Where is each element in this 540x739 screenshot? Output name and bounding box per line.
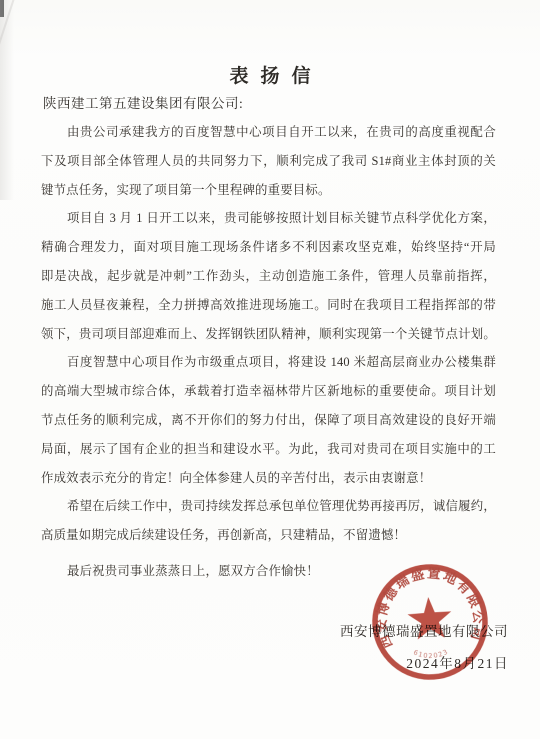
- seal-star: [406, 596, 453, 641]
- letter-body: 由贵公司承建我方的百度智慧中心项目自开工以来，在贵司的高度重视配合下及项目部全体…: [41, 118, 496, 586]
- body-paragraph: 百度智慧中心项目作为市级重点项目，将建设 140 米超高层商业办公楼集群的高端大…: [41, 348, 496, 492]
- body-line: 的高端大型城市综合体，承载着打造幸福林带片区新地标的重要使命。项目计划: [41, 377, 496, 406]
- body-paragraph: 由贵公司承建我方的百度智慧中心项目自开工以来，在贵司的高度重视配合下及项目部全体…: [41, 118, 496, 204]
- body-line: 节点任务的顺利完成，离不开你们的努力付出，保障了项目高效建设的良好开端: [41, 406, 496, 435]
- body-line: 由贵公司承建我方的百度智慧中心项目自开工以来，在贵司的高度重视配合: [41, 118, 496, 147]
- seal-code: 6102023: [412, 646, 450, 661]
- company-seal: 西安博德瑞盛置地有限公司 6102023: [364, 556, 496, 688]
- letter-title: 表扬信: [0, 61, 540, 88]
- body-line: 作成效表示充分的肯定！向全体参建人员的辛苦付出，表示由衷谢意！: [41, 464, 496, 493]
- letter-salutation: 陕西建工第五建设集团有限公司:: [43, 94, 243, 114]
- body-line: 领下，贵司项目部迎难而上、发挥钢铁团队精神，顺利实现第一个关键节点计划。: [41, 320, 496, 349]
- body-paragraph: 项目自 3 月 1 日开工以来，贵司能够按照计划目标关键节点科学优化方案，精确合…: [41, 204, 496, 348]
- body-line: 键节点任务，实现了项目第一个里程碑的重要目标。: [41, 176, 496, 205]
- body-line: 局面，展示了国有企业的担当和建设水平。为此，我司对贵司在项目实施中的工: [41, 435, 496, 464]
- body-line: 希望在后续工作中，贵司持续发挥总承包单位管理优势再接再厉，诚信履约，: [41, 492, 496, 521]
- scan-edge-shade: [0, 0, 14, 200]
- letter-page: 表扬信 陕西建工第五建设集团有限公司: 由贵公司承建我方的百度智慧中心项目自开工…: [0, 0, 540, 739]
- body-line: 施工人员昼夜兼程，全力拼搏高效推进现场施工。同时在我项目工程指挥部的带: [41, 291, 496, 320]
- body-paragraph: 希望在后续工作中，贵司持续发挥总承包单位管理优势再接再厉，诚信履约，高质量如期完…: [41, 492, 496, 550]
- body-line: 项目自 3 月 1 日开工以来，贵司能够按照计划目标关键节点科学优化方案，: [41, 204, 496, 233]
- body-line: 下及项目部全体管理人员的共同努力下，顺利完成了我司 S1#商业主体封顶的关: [41, 147, 496, 176]
- body-line: 即是决战，起步就是冲刺”工作劲头，主动创造施工条件，管理人员靠前指挥，: [41, 262, 496, 291]
- body-line: 百度智慧中心项目作为市级重点项目，将建设 140 米超高层商业办公楼集群: [41, 348, 496, 377]
- body-line: 精确合理发力，面对项目施工现场条件诸多不利因素攻坚克难，始终坚持“开局: [41, 233, 496, 262]
- body-line: 高质量如期完成后续建设任务，再创新高，只建精品，不留遗憾！: [41, 521, 496, 550]
